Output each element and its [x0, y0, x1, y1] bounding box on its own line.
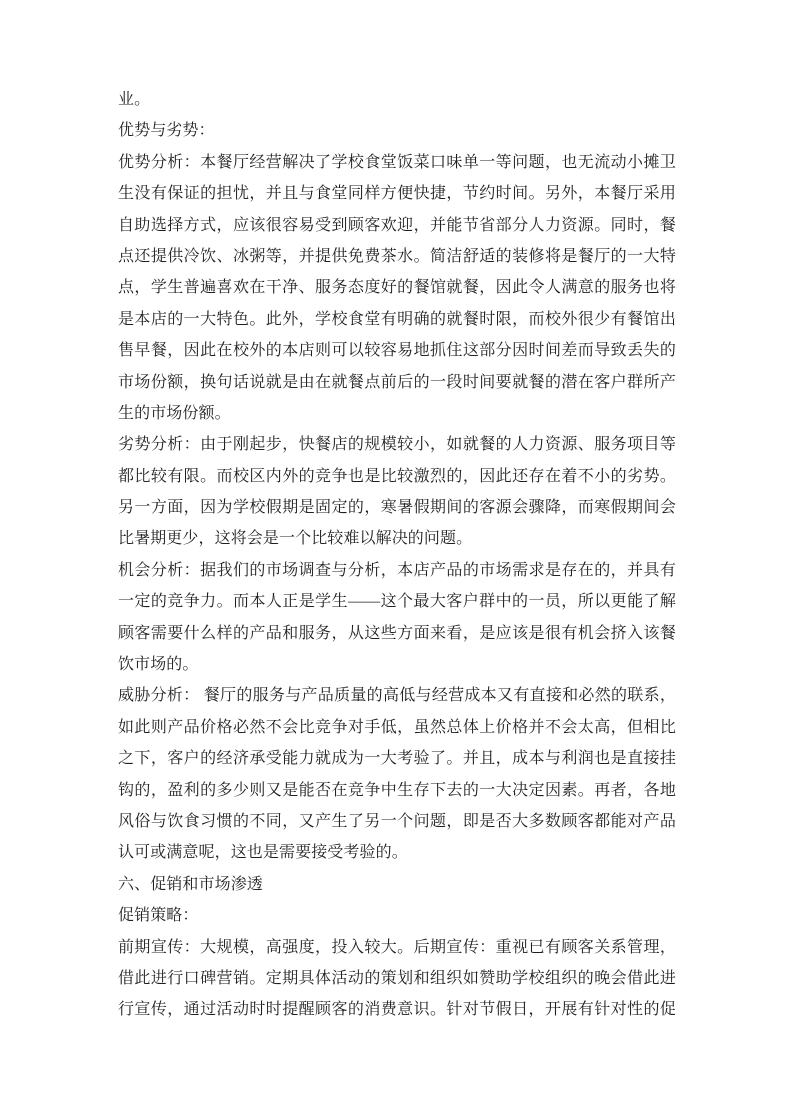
text-line: 点还提供冷饮、冰粥等，并提供免费茶水。简洁舒适的装修将是餐厅的一大特	[118, 241, 676, 272]
text-line: 劣势分析：由于刚起步，快餐店的规模较小，如就餐的人力资源、服务项目等	[118, 429, 676, 460]
paragraph: 优势分析：本餐厅经营解决了学校食堂饭菜口味单一等问题，也无流动小摊卫生没有保证的…	[118, 147, 676, 430]
text-line: 饮市场的。	[118, 649, 676, 680]
text-line: 风俗与饮食习惯的不同，又产生了另一个问题，即是否大多数顾客都能对产品	[118, 806, 676, 837]
paragraph: 机会分析：据我们的市场调查与分析，本店产品的市场需求是存在的，并具有一定的竞争力…	[118, 555, 676, 681]
text-line: 威胁分析： 餐厅的服务与产品质量的高低与经营成本又有直接和必然的联系，	[118, 680, 676, 711]
text-line: 促销策略：	[118, 900, 676, 931]
text-line: 自助选择方式，应该很容易受到顾客欢迎，并能节省部分人力资源。同时，餐	[118, 210, 676, 241]
text-line: 生没有保证的担忧，并且与食堂同样方便快捷，节约时间。另外，本餐厅采用	[118, 178, 676, 209]
text-line: 是本店的一大特色。此外，学校食堂有明确的就餐时限，而校外很少有餐馆出	[118, 304, 676, 335]
text-line: 另一方面，因为学校假期是固定的，寒暑假期间的客源会骤降，而寒假期间会	[118, 492, 676, 523]
text-line: 生的市场份额。	[118, 398, 676, 429]
paragraph: 业。	[118, 84, 676, 115]
text-line: 业。	[118, 84, 676, 115]
paragraph: 六、促销和市场渗透	[118, 869, 676, 900]
text-line: 点，学生普遍喜欢在干净、服务态度好的餐馆就餐，因此令人满意的服务也将	[118, 272, 676, 303]
text-line: 售早餐，因此在校外的本店则可以较容易地抓住这部分因时间差而导致丢失的	[118, 335, 676, 366]
text-line: 认可或满意呢，这也是需要接受考验的。	[118, 837, 676, 868]
text-line: 六、促销和市场渗透	[118, 869, 676, 900]
text-line: 优势与劣势：	[118, 115, 676, 146]
document-body: 业。优势与劣势：优势分析：本餐厅经营解决了学校食堂饭菜口味单一等问题，也无流动小…	[118, 84, 676, 1026]
paragraph: 劣势分析：由于刚起步，快餐店的规模较小，如就餐的人力资源、服务项目等都比较有限。…	[118, 429, 676, 555]
text-line: 机会分析：据我们的市场调查与分析，本店产品的市场需求是存在的，并具有	[118, 555, 676, 586]
text-line: 之下，客户的经济承受能力就成为一大考验了。并且，成本与利润也是直接挂	[118, 743, 676, 774]
paragraph: 促销策略：	[118, 900, 676, 931]
text-line: 一定的竞争力。而本人正是学生——这个最大客户群中的一员，所以更能了解	[118, 586, 676, 617]
text-line: 都比较有限。而校区内外的竞争也是比较激烈的，因此还存在着不小的劣势。	[118, 461, 676, 492]
text-line: 钩的，盈利的多少则又是能否在竞争中生存下去的一大决定因素。再者，各地	[118, 775, 676, 806]
text-line: 比暑期更少，这将会是一个比较难以解决的问题。	[118, 523, 676, 554]
text-line: 行宣传，通过活动时时提醒顾客的消费意识。针对节假日，开展有针对性的促	[118, 994, 676, 1025]
text-line: 如此则产品价格必然不会比竞争对手低，虽然总体上价格并不会太高，但相比	[118, 712, 676, 743]
text-line: 前期宣传：大规模，高强度，投入较大。后期宣传：重视已有顾客关系管理，	[118, 932, 676, 963]
text-line: 市场份额，换句话说就是由在就餐点前后的一段时间要就餐的潜在客户群所产	[118, 367, 676, 398]
document-page: 业。优势与劣势：优势分析：本餐厅经营解决了学校食堂饭菜口味单一等问题，也无流动小…	[0, 0, 792, 1120]
paragraph: 优势与劣势：	[118, 115, 676, 146]
paragraph: 威胁分析： 餐厅的服务与产品质量的高低与经营成本又有直接和必然的联系，如此则产品…	[118, 680, 676, 868]
paragraph: 前期宣传：大规模，高强度，投入较大。后期宣传：重视已有顾客关系管理，借此进行口碑…	[118, 932, 676, 1026]
text-line: 优势分析：本餐厅经营解决了学校食堂饭菜口味单一等问题，也无流动小摊卫	[118, 147, 676, 178]
text-line: 顾客需要什么样的产品和服务，从这些方面来看，是应该是很有机会挤入该餐	[118, 618, 676, 649]
text-line: 借此进行口碑营销。定期具体活动的策划和组织如赞助学校组织的晚会借此进	[118, 963, 676, 994]
